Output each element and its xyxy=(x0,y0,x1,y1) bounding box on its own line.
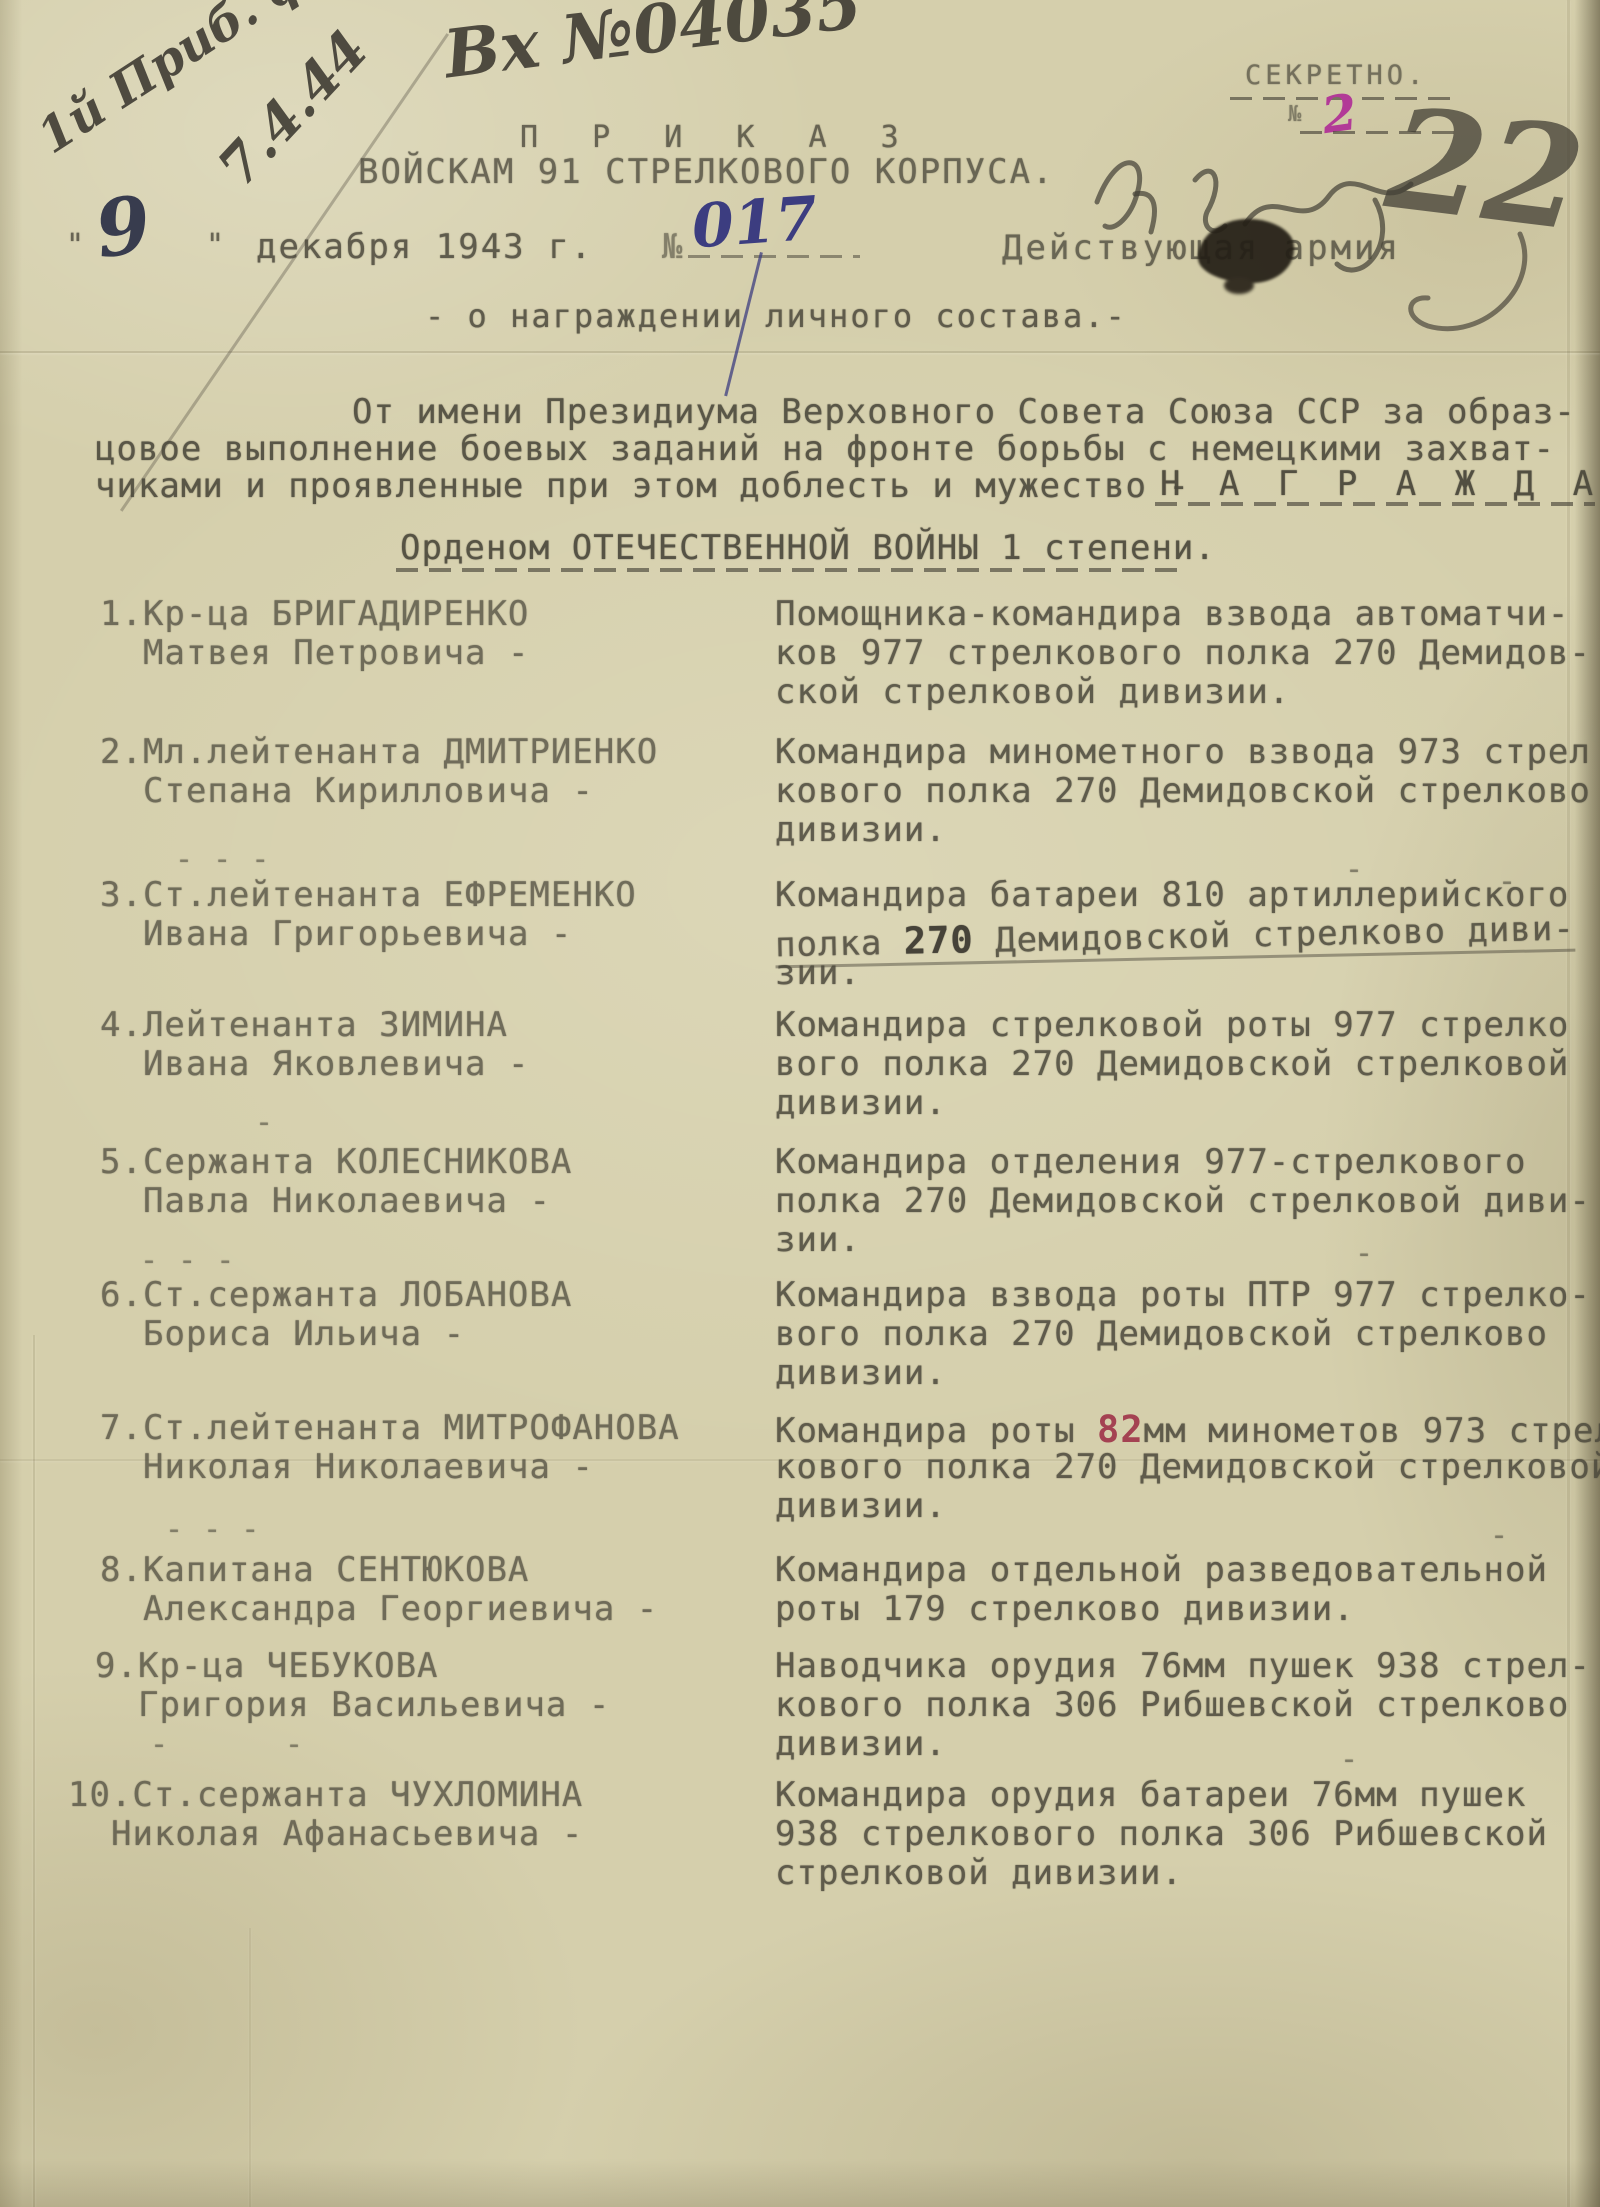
entry-rank-surname: 8.Капитана СЕНТЮКОВА xyxy=(100,1550,529,1590)
typed-text: зии. xyxy=(775,953,861,993)
preamble-line-2: цовое выполнение боевых заданий на фронт… xyxy=(95,429,1555,469)
entry-rank-surname: 2.Мл.лейтенанта ДМИТРИЕНКО xyxy=(100,732,658,772)
typed-text: вого полка 270 Демидовской стрелково xyxy=(775,1314,1548,1354)
order-title: П Р И К А З xyxy=(520,120,917,155)
entry-rank-surname: 5.Сержанта КОЛЕСНИКОВА xyxy=(100,1142,572,1182)
entry-rank-surname: 7.Ст.лейтенанта МИТРОФАНОВА xyxy=(100,1408,680,1448)
order-addressee: ВОЙСКАМ 91 СТРЕЛКОВОГО КОРПУСА. xyxy=(358,152,1055,192)
corrected-number: 82 xyxy=(1097,1408,1144,1451)
typed-text: Командира отделения 977-стрелкового xyxy=(775,1142,1526,1182)
entry-rank-surname: 3.Ст.лейтенанта ЕФРЕМЕНКО xyxy=(100,875,637,915)
entry-citation-line: Командира отдельной разведовательной xyxy=(775,1550,1548,1590)
typed-text: Командира взвода роты ПТР 977 стрелко- xyxy=(775,1275,1591,1315)
incoming-number-note: Вх №04035 xyxy=(440,0,866,93)
typed-text: кового полка 270 Демидовской стрелковой xyxy=(775,1447,1600,1487)
entry-name-patronymic: Николая Николаевича - xyxy=(143,1447,594,1487)
typed-dash-mark: - xyxy=(285,1727,304,1762)
entry-name-patronymic: Степана Кирилловича - xyxy=(143,771,594,811)
typed-text: роты 179 стрелково дивизии. xyxy=(775,1589,1355,1629)
vertical-crease xyxy=(249,1928,251,2207)
order-subject: - о награждении личного состава.- xyxy=(425,297,1127,335)
typed-dash-marks: - - - xyxy=(165,1512,260,1547)
award-section-heading: Орденом ОТЕЧЕСТВЕННОЙ ВОЙНЫ 1 степени. xyxy=(400,528,1216,568)
entry-citation-line: зии. xyxy=(775,1220,861,1260)
typed-text: дивизии. xyxy=(775,1724,947,1764)
vertical-crease xyxy=(33,1335,35,2207)
typed-text: кового полка 270 Демидовской стрелково xyxy=(775,771,1591,811)
entry-name-patronymic: Николая Афанасьевича - xyxy=(111,1814,583,1854)
entry-citation-line: вого полка 270 Демидовской стрелковой xyxy=(775,1044,1569,1084)
entry-name-patronymic: Матвея Петровича - xyxy=(143,633,529,673)
entry-citation-line: зии. xyxy=(775,953,861,993)
entry-citation-line: Командира отделения 977-стрелкового xyxy=(775,1142,1526,1182)
entry-rank-surname: 9.Кр-ца ЧЕБУКОВА xyxy=(95,1646,439,1686)
handwritten-flourish xyxy=(1392,226,1562,376)
entry-citation-line: Наводчика орудия 76мм пушек 938 стрел- xyxy=(775,1646,1591,1686)
entry-rank-surname: 4.Лейтенанта ЗИМИНА xyxy=(100,1005,508,1045)
typed-text: дивизии. xyxy=(775,1486,947,1526)
entry-citation-line: дивизии. xyxy=(775,1353,947,1393)
typed-dash-mark: - xyxy=(150,1727,169,1762)
entry-citation-line: кового полка 270 Демидовской стрелковой xyxy=(775,1447,1600,1487)
entry-citation-line: дивизии. xyxy=(775,1724,947,1764)
entry-citation-line: Командира роты 82мм минометов 973 стрел xyxy=(775,1408,1600,1451)
typed-text: ков 977 стрелкового полка 270 Демидов- xyxy=(775,633,1591,673)
edge-shadow xyxy=(1567,0,1570,2207)
typed-text: дивизии. xyxy=(775,1353,947,1393)
typed-text: дивизии. xyxy=(775,810,947,850)
entry-citation-line: ков 977 стрелкового полка 270 Демидов- xyxy=(775,633,1591,673)
day-quote-close: " xyxy=(206,228,225,263)
entry-citation-line: Командира стрелковой роты 977 стрелко xyxy=(775,1005,1569,1045)
preamble-line-1: От имени Президиума Верховного Совета Со… xyxy=(352,392,1576,432)
typed-text: полка 270 Демидовской стрелковой диви- xyxy=(775,1181,1591,1221)
preamble-line-3: чиками и проявленные при этом доблесть и… xyxy=(95,466,1190,506)
copy-number-label: № xyxy=(1288,102,1302,127)
typed-dash-mark: - xyxy=(1490,1518,1509,1553)
award-word-underline xyxy=(1155,502,1595,506)
entry-citation-line: полка 270 Демидовской стрелково диви- xyxy=(775,906,1576,969)
typed-text: кового полка 306 Рибшевской стрелково xyxy=(775,1685,1569,1725)
entry-citation-line: вого полка 270 Демидовской стрелково xyxy=(775,1314,1548,1354)
entry-citation-line: кового полка 270 Демидовской стрелково xyxy=(775,771,1591,811)
date-month-year: декабря 1943 г. xyxy=(256,227,593,267)
typed-text: Командира роты xyxy=(775,1411,1097,1451)
entry-citation-line: стрелковой дивизии. xyxy=(775,1853,1183,1893)
entry-citation-line: ской стрелковой дивизии. xyxy=(775,672,1290,712)
entry-citation-line: роты 179 стрелково дивизии. xyxy=(775,1589,1355,1629)
order-number-label: № xyxy=(662,227,683,267)
typed-text: Командира орудия батареи 76мм пушек xyxy=(775,1775,1526,1815)
entry-citation-line: дивизии. xyxy=(775,1083,947,1123)
entry-name-patronymic: Павла Николаевича - xyxy=(143,1181,551,1221)
entry-name-patronymic: Ивана Яковлевича - xyxy=(143,1044,529,1084)
typed-text: зии. xyxy=(775,1220,861,1260)
typed-text: вого полка 270 Демидовской стрелковой xyxy=(775,1044,1569,1084)
typed-dash-mark: - xyxy=(1345,852,1364,887)
day-quote-open: " xyxy=(66,228,85,263)
typed-text: 938 стрелкового полка 306 Рибшевской xyxy=(775,1814,1548,1854)
typed-text: Помощника-командира взвода автоматчи- xyxy=(775,594,1569,634)
typed-text: Командира минометного взвода 973 стрел xyxy=(775,732,1591,772)
entry-citation-line: Командира взвода роты ПТР 977 стрелко- xyxy=(775,1275,1591,1315)
order-number-underline xyxy=(688,255,860,258)
entry-name-patronymic: Бориса Ильича - xyxy=(143,1314,465,1354)
entry-citation-line: Командира орудия батареи 76мм пушек xyxy=(775,1775,1526,1815)
entry-rank-surname: 6.Ст.сержанта ЛОБАНОВА xyxy=(100,1275,572,1315)
award-heading-underline xyxy=(396,568,1182,572)
entry-citation-line: полка 270 Демидовской стрелковой диви- xyxy=(775,1181,1591,1221)
entry-citation-line: дивизии. xyxy=(775,810,947,850)
entry-name-patronymic: Ивана Григорьевича - xyxy=(143,914,572,954)
typed-text: Наводчика орудия 76мм пушек 938 стрел- xyxy=(775,1646,1591,1686)
award-word: Н А Г Р А Ж Д А Ю xyxy=(1160,464,1600,504)
entry-citation-line: 938 стрелкового полка 306 Рибшевской xyxy=(775,1814,1548,1854)
typed-dash-marks: - - - xyxy=(140,1243,235,1278)
typed-dash-mark: - xyxy=(255,1105,274,1140)
entry-citation-line: Командира минометного взвода 973 стрел xyxy=(775,732,1591,772)
typed-text: мм минометов 973 стрел xyxy=(1144,1411,1600,1451)
entry-rank-surname: 10.Ст.сержанта ЧУХЛОМИНА xyxy=(68,1775,583,1815)
typed-text: Демидовской стрелково диви- xyxy=(973,909,1575,962)
day-handwritten: 9 xyxy=(90,179,156,277)
typed-text: стрелковой дивизии. xyxy=(775,1853,1183,1893)
corrected-number: 270 xyxy=(903,918,974,962)
typed-text: Командира стрелковой роты 977 стрелко xyxy=(775,1005,1569,1045)
typed-dash-mark: - xyxy=(1498,864,1517,899)
typed-dash-mark: - xyxy=(1355,1236,1374,1271)
typed-text: ской стрелковой дивизии. xyxy=(775,672,1290,712)
order-number-handwritten: 017 xyxy=(690,184,820,263)
entry-citation-line: кового полка 306 Рибшевской стрелково xyxy=(775,1685,1569,1725)
typed-dash-marks: - - - xyxy=(175,842,270,877)
typed-text: дивизии. xyxy=(775,1083,947,1123)
copy-number-value: 2 xyxy=(1318,82,1361,145)
scanned-order-page: 1й Приб. фр 7.4.44 Вх №04035 СЕКРЕТНО. №… xyxy=(0,0,1600,2207)
typed-dash-mark: - xyxy=(1340,1742,1359,1777)
entry-citation-line: Помощника-командира взвода автоматчи- xyxy=(775,594,1569,634)
entry-name-patronymic: Александра Георгиевича - xyxy=(143,1589,658,1629)
entry-rank-surname: 1.Кр-ца БРИГАДИРЕНКО xyxy=(100,594,529,634)
typed-text: Командира отдельной разведовательной xyxy=(775,1550,1548,1590)
entry-name-patronymic: Григория Васильевича - xyxy=(138,1685,610,1725)
entry-citation-line: дивизии. xyxy=(775,1486,947,1526)
horizontal-crease xyxy=(0,351,1600,353)
